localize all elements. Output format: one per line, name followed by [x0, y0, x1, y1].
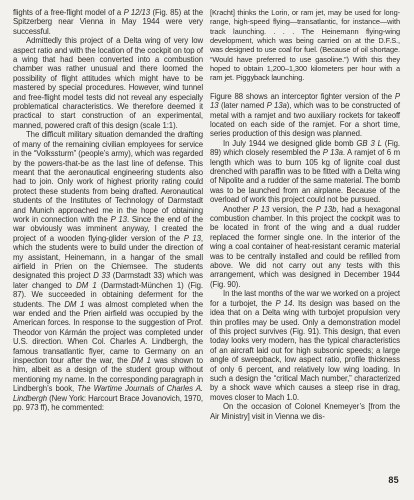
paragraph: The difficult military situation demande… [13, 130, 203, 412]
text-segment: version, the [269, 205, 315, 214]
paragraph: In July 1944 we designed glide bomb GB 3… [210, 139, 400, 205]
block-quote: [Kracht] thinks the Lorin, or ram jet, m… [210, 8, 400, 83]
right-column: [Kracht] thinks the Lorin, or ram jet, m… [210, 8, 400, 421]
page-number: 85 [388, 475, 399, 485]
italic-text-segment: P 13b [316, 205, 337, 214]
italic-text-segment: P 13a [323, 148, 343, 157]
text-segment: (later named [219, 101, 267, 110]
text-segment: [Kracht] thinks the Lorin, or ram jet, m… [210, 8, 400, 82]
italic-text-segment: DM 1 [76, 281, 96, 290]
paragraph: In the last months of the war we worked … [210, 289, 400, 402]
italic-text-segment: P 13 [111, 215, 127, 224]
paragraph: On the occasion of Colonel Knemeyer’s [f… [210, 402, 400, 421]
text-segment: The difficult military situation demande… [13, 130, 203, 224]
two-column-text-block: flights of a free-flight model of a P 12… [0, 0, 414, 421]
italic-text-segment: DM 1 [64, 300, 84, 309]
right-column-paragraphs: Figure 88 shows an interceptor fighter v… [210, 92, 400, 421]
italic-text-segment: P 12/13 [124, 8, 150, 17]
italic-text-segment: D 33 [93, 271, 110, 280]
book-page: flights of a free-flight model of a P 12… [0, 0, 414, 500]
paragraph: [Kracht] thinks the Lorin, or ram jet, m… [210, 8, 400, 83]
italic-text-segment: P 13a [267, 101, 287, 110]
text-segment: Another [223, 205, 253, 214]
text-segment: . Its design was based on the idea that … [210, 299, 400, 402]
paragraph: Another P 13 version, the P 13b, had a h… [210, 205, 400, 290]
paragraph: Admittedly this project of a Delta wing … [13, 36, 203, 130]
italic-text-segment: P 13 [253, 205, 269, 214]
italic-text-segment: P 14 [275, 299, 292, 308]
text-segment: flights of a free-flight model of a [13, 8, 124, 17]
left-column: flights of a free-flight model of a P 12… [13, 8, 203, 421]
paragraph: Figure 88 shows an interceptor fighter v… [210, 92, 400, 139]
text-segment: , had a hexagonal combustion chamber. In… [210, 205, 400, 289]
italic-text-segment: GB 3 L [356, 139, 381, 148]
text-segment: In July 1944 we designed glide bomb [223, 139, 356, 148]
italic-text-segment: DM 1 [131, 356, 151, 365]
italic-text-segment: P 13 [184, 234, 201, 243]
paragraph: flights of a free-flight model of a P 12… [13, 8, 203, 36]
text-segment: On the occasion of Colonel Knemeyer’s [f… [210, 402, 400, 420]
text-segment: Figure 88 shows an interceptor fighter v… [210, 92, 395, 101]
text-segment: Admittedly this project of a Delta wing … [13, 36, 203, 130]
